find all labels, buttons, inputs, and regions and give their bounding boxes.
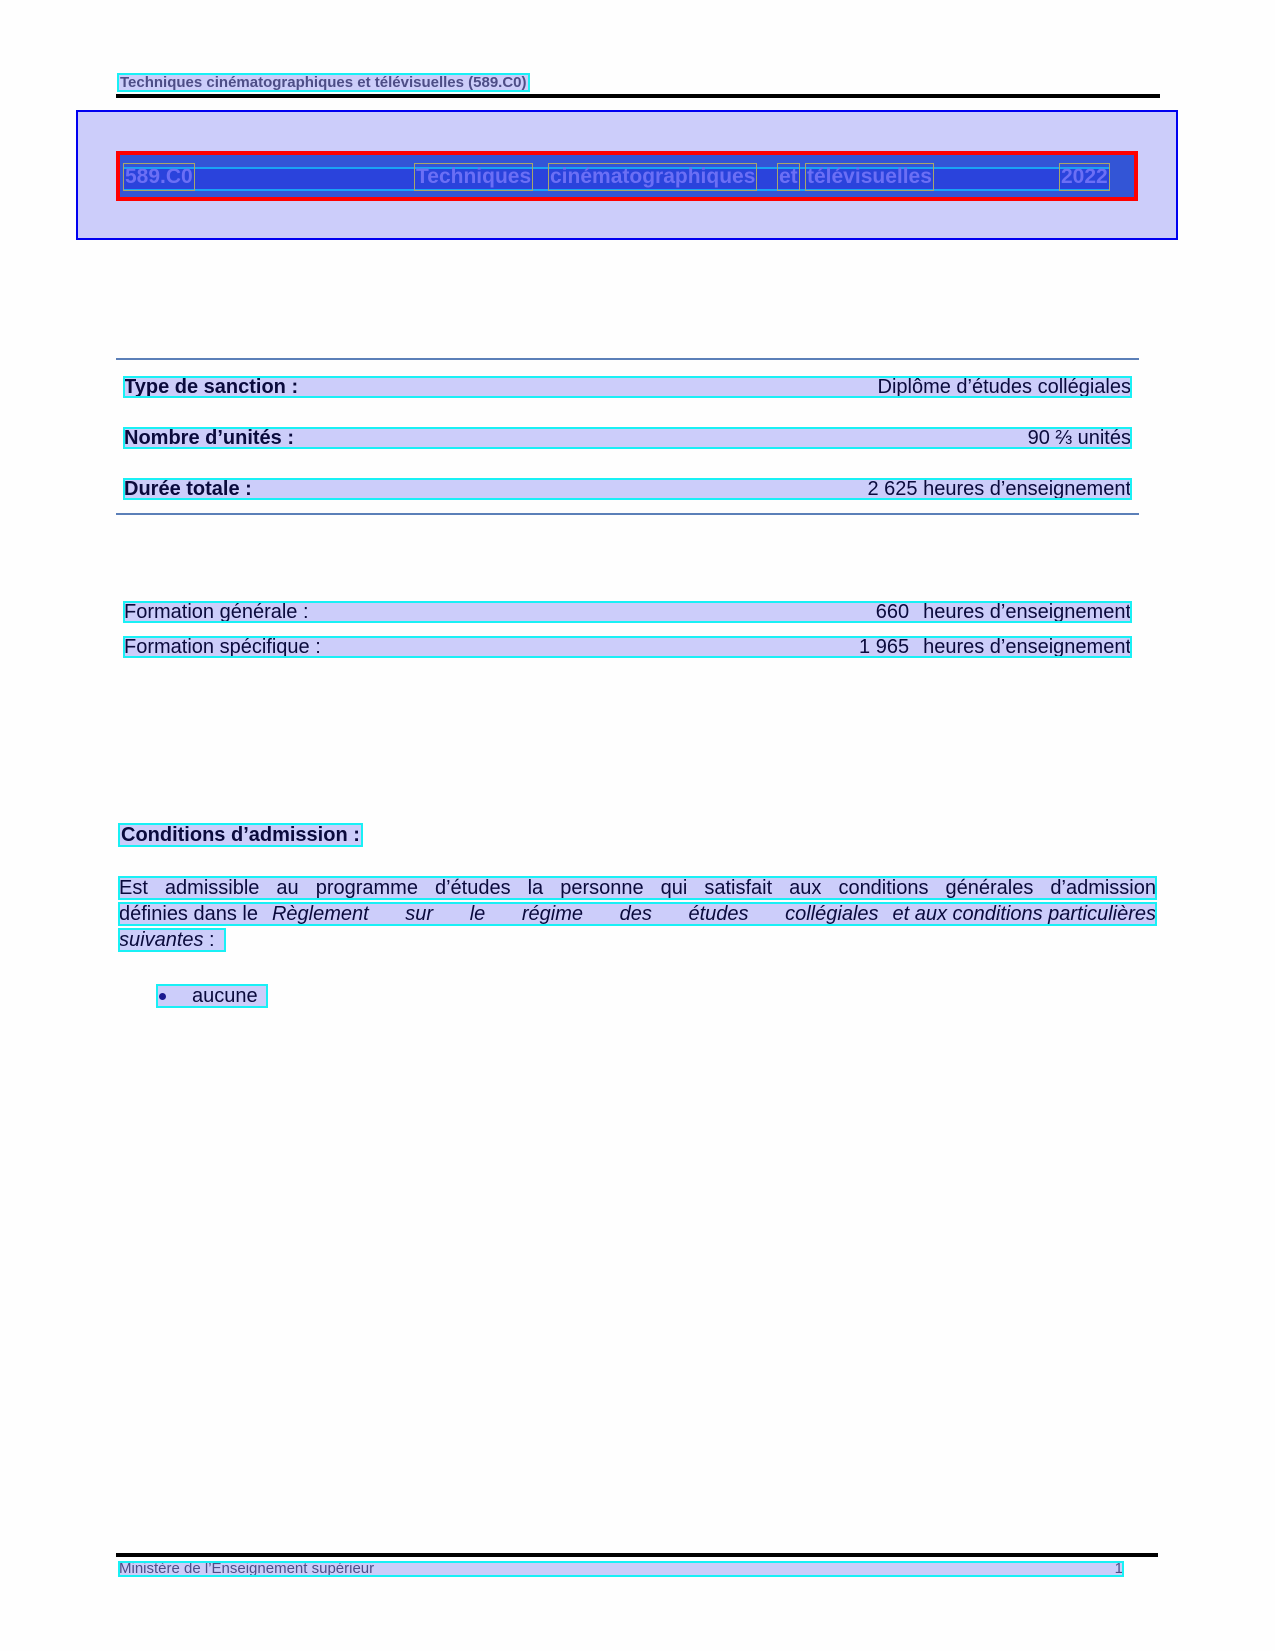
admission-bullet-item: aucune xyxy=(157,985,267,1007)
bullet-icon xyxy=(159,993,166,1000)
admission-text: définies dans le xyxy=(119,903,258,925)
admission-paragraph-line-3: suivantes : xyxy=(119,929,225,951)
formation-unit: heures d’enseignement xyxy=(923,637,1131,657)
summary-row-units: Nombre d’unités : 90 ⅔ unités xyxy=(124,428,1131,448)
admission-paragraph-line-1: Est admissible au programme d’études la … xyxy=(119,877,1156,899)
admission-text: : xyxy=(204,929,215,951)
summary-value: Diplôme d’études collégiales xyxy=(878,377,1131,397)
admission-heading: Conditions d’admission : xyxy=(119,824,362,846)
page-footer: Ministère de l’Enseignement supérieur 1 xyxy=(119,1562,1123,1576)
title-word: Techniques xyxy=(415,164,532,190)
formation-unit: heures d’enseignement xyxy=(923,602,1131,622)
title-word: télévisuelles xyxy=(806,164,933,190)
formation-row-general: Formation générale : 660 heures d’enseig… xyxy=(124,602,1131,622)
program-code: 589.C0 xyxy=(124,164,194,190)
summary-row-sanction: Type de sanction : Diplôme d’études coll… xyxy=(124,377,1131,397)
formation-hours: 660 xyxy=(876,602,909,622)
header-rule xyxy=(116,94,1160,98)
title-word: et xyxy=(778,164,799,190)
formation-label: Formation spécifique : xyxy=(124,637,321,657)
regulation-title: Règlement sur le régime des études collé… xyxy=(272,903,879,925)
summary-label: Type de sanction : xyxy=(124,377,298,397)
footer-rule xyxy=(116,1553,1158,1557)
summary-value: 90 ⅔ unités xyxy=(1028,428,1131,448)
formation-row-specific: Formation spécifique : 1 965 heures d’en… xyxy=(124,637,1131,657)
summary-top-rule xyxy=(116,358,1139,360)
program-year: 2022 xyxy=(1060,164,1109,190)
admission-text: et aux conditions particulières xyxy=(893,903,1156,925)
admission-text: suivantes xyxy=(119,929,204,951)
summary-label: Durée totale : xyxy=(124,479,252,499)
summary-bottom-rule xyxy=(116,513,1139,515)
summary-row-duration: Durée totale : 2 625 heures d’enseigneme… xyxy=(124,479,1131,499)
bullet-text: aucune xyxy=(192,985,258,1007)
footer-ministry: Ministère de l’Enseignement supérieur xyxy=(119,1562,374,1576)
formation-label: Formation générale : xyxy=(124,602,309,622)
page-number: 1 xyxy=(1115,1562,1123,1576)
summary-value: 2 625 heures d’enseignement xyxy=(867,479,1131,499)
formation-hours: 1 965 xyxy=(859,637,909,657)
admission-paragraph-line-2: définies dans le Règlement sur le régime… xyxy=(119,903,1156,925)
summary-label: Nombre d’unités : xyxy=(124,428,294,448)
running-header: Techniques cinématographiques et télévis… xyxy=(118,74,529,91)
title-word: cinématographiques xyxy=(549,164,756,190)
